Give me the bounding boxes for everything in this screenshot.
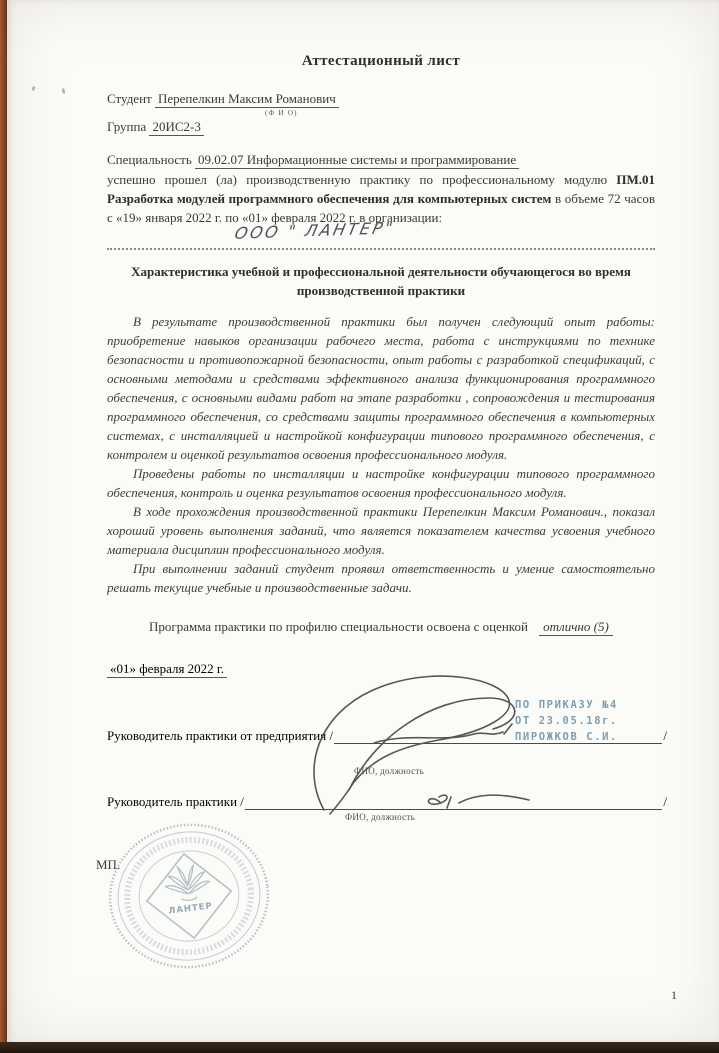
specialty-label: Специальность: [107, 152, 192, 167]
student-label: Студент: [107, 91, 152, 106]
grade-prefix: Программа практики по профилю специально…: [149, 619, 528, 634]
characteristic-body: В результате производственной практики б…: [107, 312, 655, 597]
date-line: «01» февраля 2022 г.: [107, 661, 227, 677]
student-line: Студент Перепелкин Максим Романович: [107, 89, 655, 108]
signature-end-slash: /: [663, 794, 667, 810]
student-name: Перепелкин Максим Романович: [155, 91, 339, 108]
round-stamp-company-name: ЛАНТЕР: [168, 901, 213, 916]
grade-value: отлично (5): [539, 619, 613, 636]
company-round-stamp: ЛАНТЕР: [93, 816, 285, 976]
group-label: Группа: [107, 119, 146, 134]
intro-text-1: успешно прошел (ла) производственную пра…: [107, 172, 616, 187]
group-value: 20ИС2-3: [149, 119, 203, 136]
organization-dotted-line: ООО " ЛАНТЕР": [107, 227, 655, 250]
document-content: Аттестационный лист Студент Перепелкин М…: [7, 0, 719, 660]
body-paragraph: В результате производственной практики б…: [107, 312, 655, 464]
handwritten-signature: [279, 670, 569, 825]
page-number: 1: [671, 988, 677, 1003]
specialty-line: Специальность 09.02.07 Информационные си…: [107, 150, 655, 169]
page-title: Аттестационный лист: [107, 52, 655, 71]
specialty-value: 09.02.07 Информационные системы и програ…: [195, 152, 519, 169]
student-name-caption: (Ф И О): [265, 108, 655, 117]
date-value: «01» февраля 2022 г.: [107, 661, 227, 678]
body-paragraph: При выполнении заданий студент проявил о…: [107, 559, 655, 597]
body-paragraph: В ходе прохождения производственной прак…: [107, 502, 655, 559]
signature-end-slash: /: [663, 728, 667, 744]
body-paragraph: Проведены работы по инсталляции и настро…: [107, 464, 655, 502]
section-heading: Характеристика учебной и профессионально…: [119, 262, 643, 300]
scanned-document-page: Аттестационный лист Студент Перепелкин М…: [7, 0, 719, 1043]
desk-wood-bottom-edge: [0, 1042, 719, 1053]
mp-seal-label: МП.: [96, 857, 120, 873]
grade-line: Программа практики по профилю специально…: [149, 617, 655, 636]
signature-label: Руководитель практики /: [107, 794, 244, 810]
group-line: Группа 20ИС2-3: [107, 117, 655, 136]
